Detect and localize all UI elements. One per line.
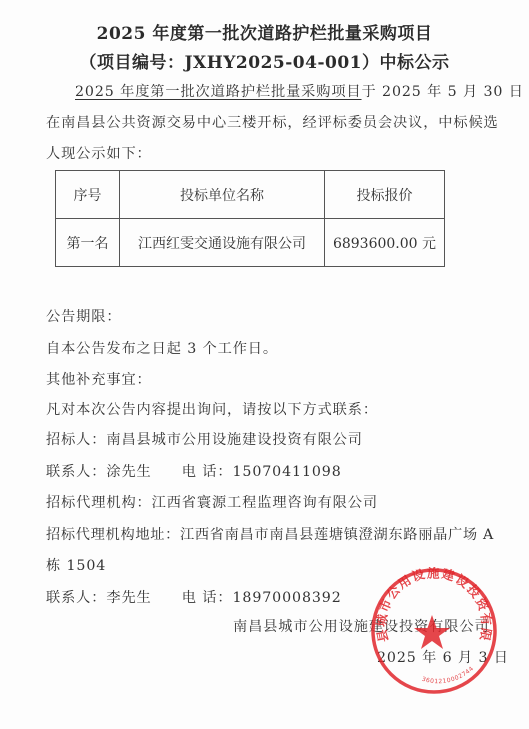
intro-line2: 在南昌县公共资源交易中心三楼开标，经评标委员会决议，中标候选 xyxy=(46,113,499,133)
intro-line3: 人现公示如下： xyxy=(46,144,152,164)
company-seal-icon: 南昌县城市公用设施建设投资有限公司 3601210002744 xyxy=(370,567,498,695)
agency-contact: 联系人：李先生 电 话：18970008392 xyxy=(46,588,342,608)
contact-intro: 凡对本次公告内容提出询问，请按以下方式联系： xyxy=(46,400,378,420)
agency-address-line1: 招标代理机构地址：江西省南昌市南昌县莲塘镇澄湖东路丽晶广场 A xyxy=(46,525,494,545)
project-name: 2025 年度第一批次道路护栏批量采购项目 xyxy=(75,84,362,100)
agency-address-line2: 栋 1504 xyxy=(46,556,106,576)
intro-line1: 2025 年度第一批次道路护栏批量采购项目于 2025 年 5 月 30 日 xyxy=(75,82,524,102)
table-row: 第一名 江西红雯交通设施有限公司 6893600.00 元 xyxy=(56,219,445,267)
period-label: 公告期限： xyxy=(46,307,121,327)
agency: 招标代理机构：江西省寰源工程监理咨询有限公司 xyxy=(46,493,378,513)
tenderer: 招标人：南昌县城市公用设施建设投资有限公司 xyxy=(46,430,363,450)
cell-company: 江西红雯交通设施有限公司 xyxy=(120,219,325,267)
tenderer-contact: 联系人：涂先生 电 话：15070411098 xyxy=(46,462,342,482)
cell-rank: 第一名 xyxy=(56,219,120,267)
intro-date: 于 2025 年 5 月 30 日 xyxy=(362,84,524,100)
document-title-line2: （项目编号：JXHY2025-04-001）中标公示 xyxy=(0,48,529,73)
table-header-row: 序号 投标单位名称 投标报价 xyxy=(56,171,445,219)
header-rank: 序号 xyxy=(56,171,120,219)
bid-result-table: 序号 投标单位名称 投标报价 第一名 江西红雯交通设施有限公司 6893600.… xyxy=(55,170,445,267)
document-title-line1: 2025 年度第一批次道路护栏批量采购项目 xyxy=(0,19,529,44)
other-label: 其他补充事宜： xyxy=(46,370,152,390)
period-text: 自本公告发布之日起 3 个工作日。 xyxy=(46,339,278,359)
cell-price: 6893600.00 元 xyxy=(325,219,445,267)
header-price: 投标报价 xyxy=(325,171,445,219)
header-company: 投标单位名称 xyxy=(120,171,325,219)
